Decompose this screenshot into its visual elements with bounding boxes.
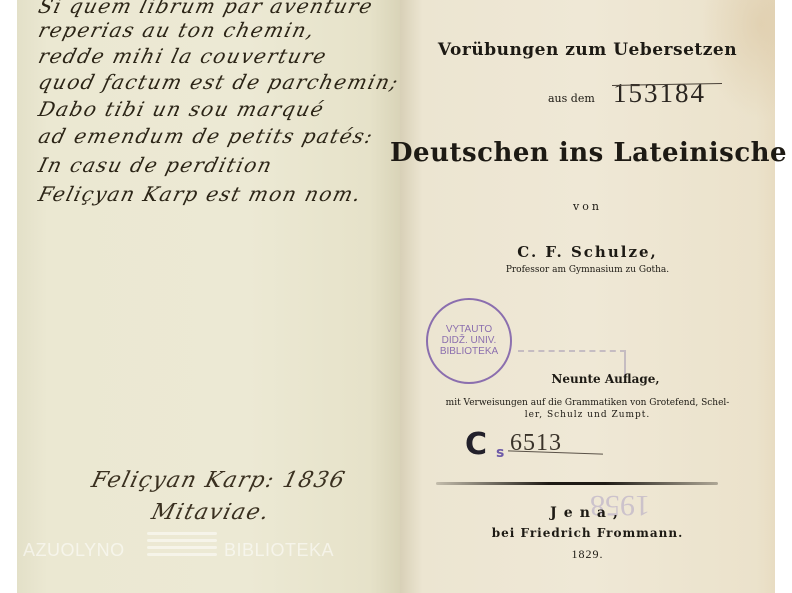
title-connector: aus dem <box>548 92 595 105</box>
by-label: von <box>400 200 775 213</box>
shelfmark-letter: C <box>465 427 487 462</box>
handwritten-line: Si quem librum par aventure <box>36 0 376 18</box>
handwritten-line: redde mihi la couverture <box>36 44 330 68</box>
left-page-flyleaf: Si quem librum par aventure reperias au … <box>17 0 400 593</box>
handwritten-line: quod factum est de parchemin; <box>36 70 402 94</box>
handwritten-line: In casu de perdition <box>36 153 275 177</box>
handwritten-line: ad emendum de petits patés: <box>36 124 376 148</box>
imprint-year: 1829. <box>400 547 775 562</box>
stamp-line: BIBLIOTEKA <box>428 346 510 357</box>
shelfmark-subscript: s <box>496 445 504 461</box>
author-title: Professor am Gymnasium zu Gotha. <box>400 265 775 275</box>
handwritten-line: Dabo tibi un sou marqué <box>36 97 327 121</box>
stamp-line: DIDŽ. UNIV. <box>428 335 510 346</box>
title-line-1: Vorübungen zum Uebersetzen <box>400 40 775 60</box>
watermark-text-right: BIBLIOTEKA <box>224 540 334 561</box>
imprint-publisher: bei Friedrich Frommann. <box>400 526 775 540</box>
imprint-city: Jena, <box>400 505 775 521</box>
watermark-text-left: AZUOLYNO <box>23 540 125 561</box>
references-line-1: mit Verweisungen auf die Grammatiken von… <box>400 398 775 408</box>
handwritten-line: reperias au ton chemin, <box>36 18 318 42</box>
stamp-line: VYTAUTO <box>428 324 510 335</box>
handwritten-line: Feliçyan Karp est mon nom. <box>36 182 365 206</box>
decorative-rule <box>436 482 718 485</box>
signature-place: Mitaviae. <box>149 500 273 525</box>
references-line-2: ler, Schulz und Zumpt. <box>400 410 775 420</box>
right-page-title-page: Vorübungen zum Uebersetzen aus dem 15318… <box>400 0 775 593</box>
title-line-2: Deutschen ins Lateinische <box>390 138 765 168</box>
edition: Neunte Auflage, <box>418 372 792 386</box>
watermark-logo-icon <box>147 528 217 570</box>
author-name: C. F. Schulze, <box>400 243 775 261</box>
signature-name-date: Feliçyan Karp: 1836 <box>89 468 348 493</box>
